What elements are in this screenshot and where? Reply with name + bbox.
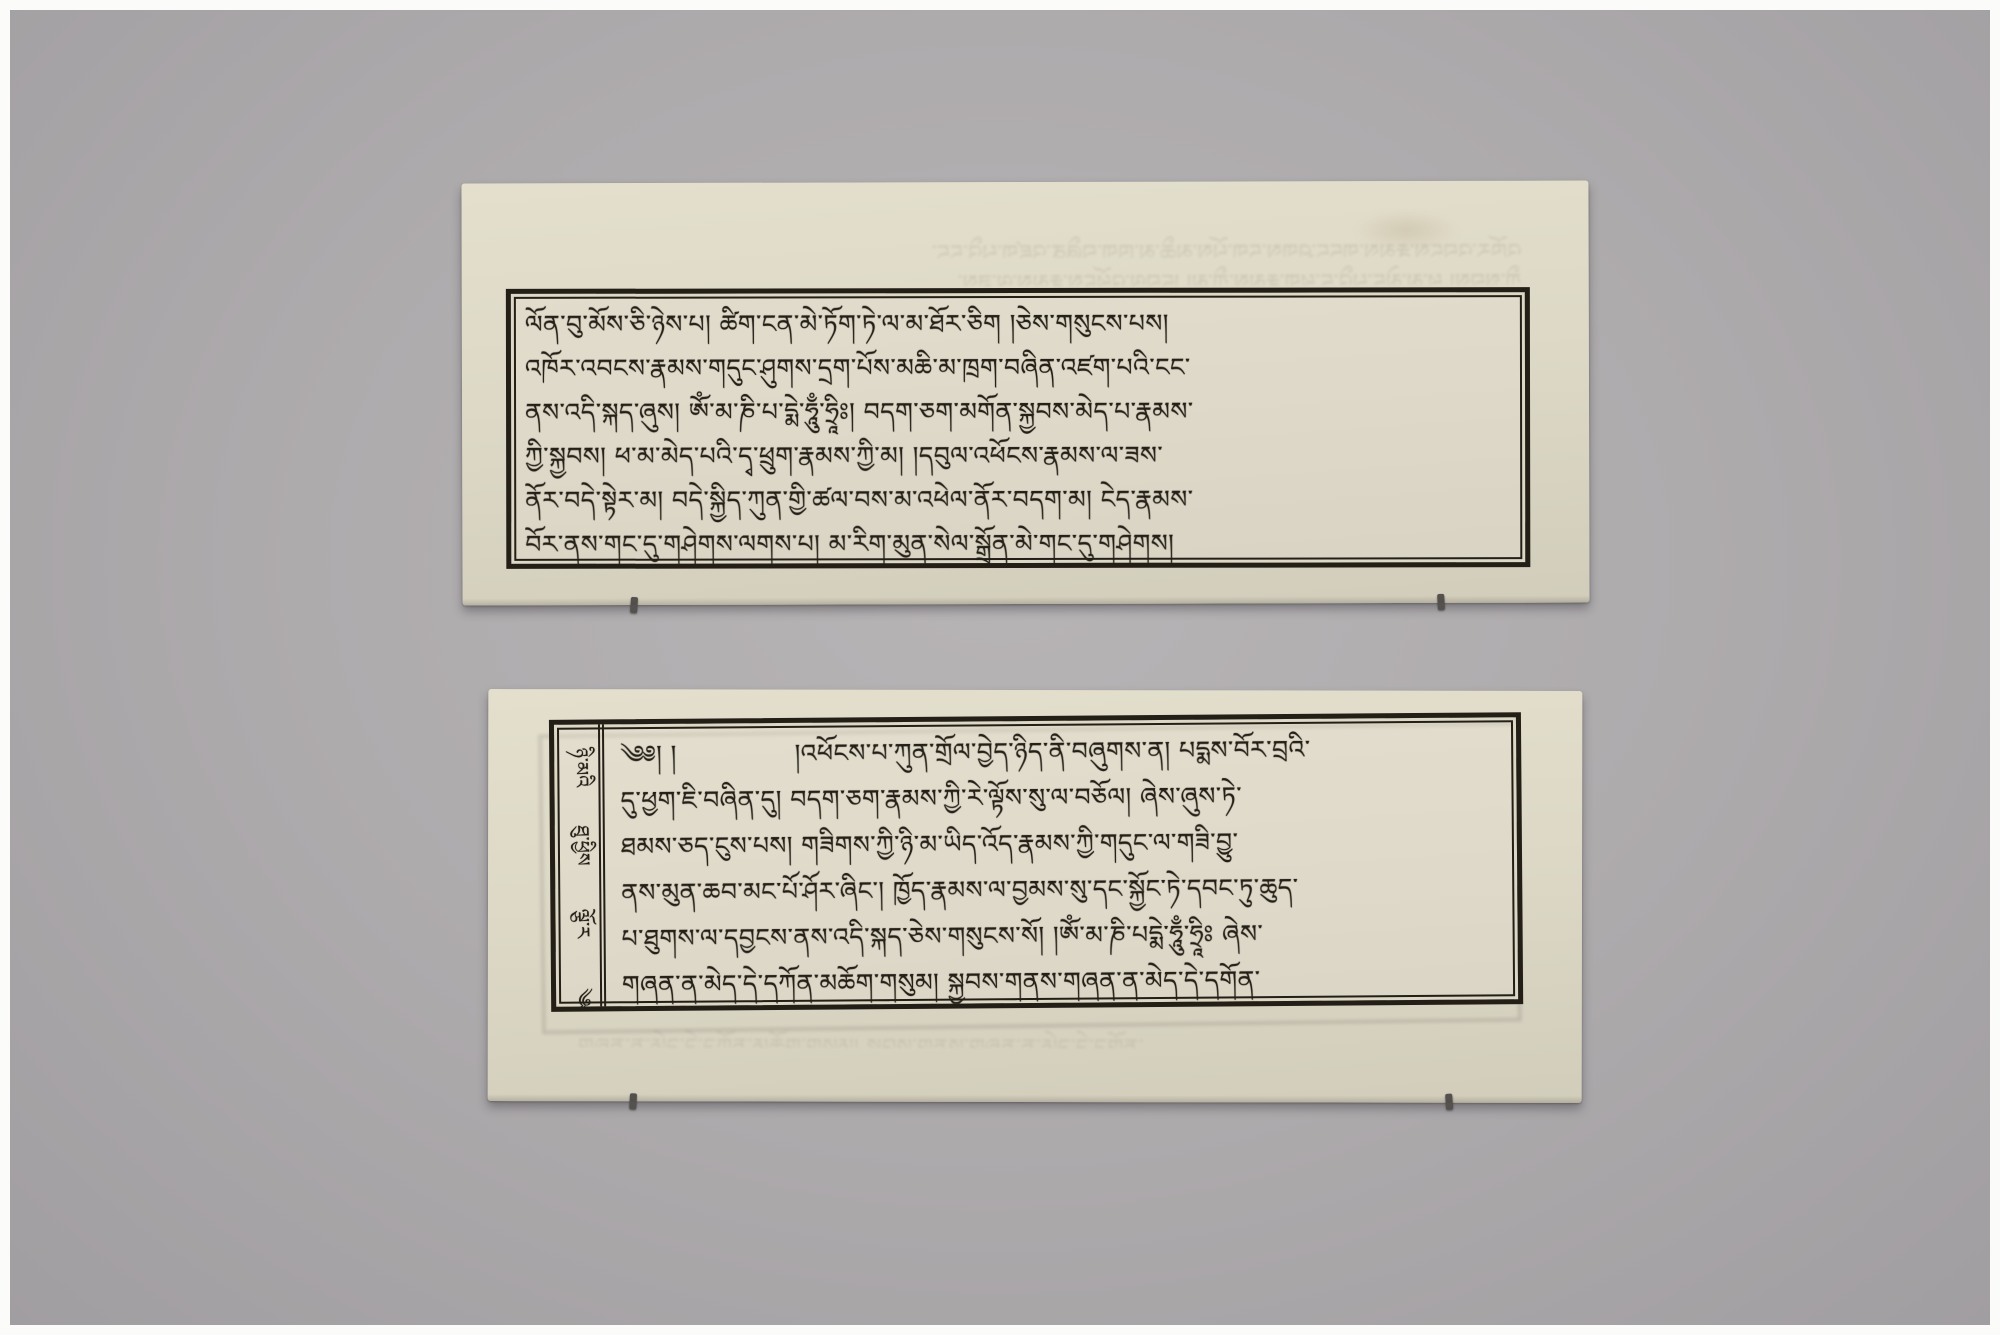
tibetan-text-line: ལོན་བུ་མོས་ཅི་ཉེས་པ། ཚིག་ངན་མེ་ཏོག་ཏེ་ལ་… [525,301,1513,347]
show-through-ghost-text: གཞན་ན་མེད་དེ་དཀོན་མཆོག་གསུམ། སྐྱབས་གནས་ག… [578,1021,1478,1049]
show-through-ghost-text: ཀྱི་སྐྱབས། ཕ་མ་མེད་པའི་དྭ་ཕྲུག་རྣམས་ཀྱི་… [532,257,1522,288]
tibetan-text-line: ནས་མུན་ཆབ་མང་པོ་ཤོར་ཞིང་། ཁྱོད་རྣམས་ལ་བྱ… [621,863,1507,916]
tibetan-text-line: ཀྱི་སྐྱབས། ཕ་མ་མེད་པའི་དྭ་ཕྲུག་རྣམས་ཀྱི་… [525,433,1513,479]
text-column: ༄༅། ། །འཕོངས་པ་ཀུན་གྲོལ་བྱེད་ཉིད་ནི་བཞུག… [604,717,1518,1006]
tibetan-text-line: ཐམས་ཅད་ངུས་པས། གཟིགས་ཀྱི་ཉི་མ་ཡིད་འོད་རྣ… [621,817,1507,870]
mounting-pin [630,597,638,613]
pecha-leaf-top: འཁོར་འབངས་རྣམས་གདུང་ཤུགས་དྲག་པོས་མཆི་མ་ཁ… [461,181,1589,606]
tibetan-text-line: འཁོར་འབངས་རྣམས་གདུང་ཤུགས་དྲག་པོས་མཆི་མ་ཁ… [525,345,1513,391]
tibetan-text-line: དུ་ཕྱག་ཇི་བཞིན་དུ། བདག་ཅག་རྣམས་ཀྱི་རེ་ལྟ… [620,771,1506,824]
pecha-leaf-bottom: གཞན་ན་མེད་དེ་དཀོན་མཆོག་གསུམ། སྐྱབས་གནས་ག… [488,689,1583,1103]
tibetan-text-line: བོར་ནས་གང་དུ་གཤེགས་ལགས་པ། མ་རིག་མུན་སེལ་… [525,521,1513,567]
mounting-pin [629,1093,637,1109]
text-frame-top: ལོན་བུ་མོས་ཅི་ཉེས་པ། ཚིག་ངན་མེ་ཏོག་ཏེ་ལ་… [506,287,1530,569]
tibetan-text-line: ༄༅། ། །འཕོངས་པ་ཀུན་གྲོལ་བྱེད་ཉིད་ནི་བཞུག… [620,725,1506,778]
margin-title-token: ཉི་མའི [554,747,604,788]
tibetan-text: །འཕོངས་པ་ཀུན་གྲོལ་བྱེད་ཉིད་ནི་བཞུགས་ན། པ… [795,727,1311,777]
text-frame-bottom: ཉི་མའི ཐུ་ཕྱིས ལྕོ་ར ༄༅ ༡༤ ༄༅། ། །འཕོངས་… [549,712,1523,1012]
tibetan-text-line: གཞན་ན་མེད་དེ་དཀོན་མཆོག་གསུམ། སྐྱབས་གནས་ག… [622,955,1508,1006]
tibetan-text-line: ནས་འདི་སྐད་ཞུས། ཨོཾ་མ་ཎི་པ་དྨེ་ཧཱུྃ་ཧྲཱི… [525,389,1513,435]
mounting-pin [1437,594,1445,610]
margin-title-token: ལྕོ་ར [554,908,605,939]
margin-column: ཉི་མའི ཐུ་ཕྱིས ལྕོ་ར ༄༅ ༡༤ [554,724,606,1006]
show-through-ghost-text: འཁོར་འབངས་རྣམས་གདུང་ཤུགས་དྲག་པོས་མཆི་མ་ཁ… [532,227,1522,260]
margin-title-token: ཐུ་ཕྱིས [554,825,604,867]
margin-head-mark: ༄༅ [554,988,606,1007]
tibetan-text-line: ནོར་བདེ་སྟེར་མ། བདེ་སྐྱིད་ཀུན་གྱི་ཚལ་བས་… [525,477,1513,523]
paper-stain [1352,209,1462,251]
photo-backdrop: འཁོར་འབངས་རྣམས་གདུང་ཤུགས་དྲག་པོས་མཆི་མ་ཁ… [10,10,1990,1325]
mounting-pin [1445,1094,1453,1110]
tibetan-text-line: པ་ཐུགས་ལ་དབྱངས་ནས་འདི་སྐད་ཅེས་གསུངས་སོ། … [621,909,1507,962]
yig-mgo-head-mark: ༄༅། ། [620,732,677,778]
